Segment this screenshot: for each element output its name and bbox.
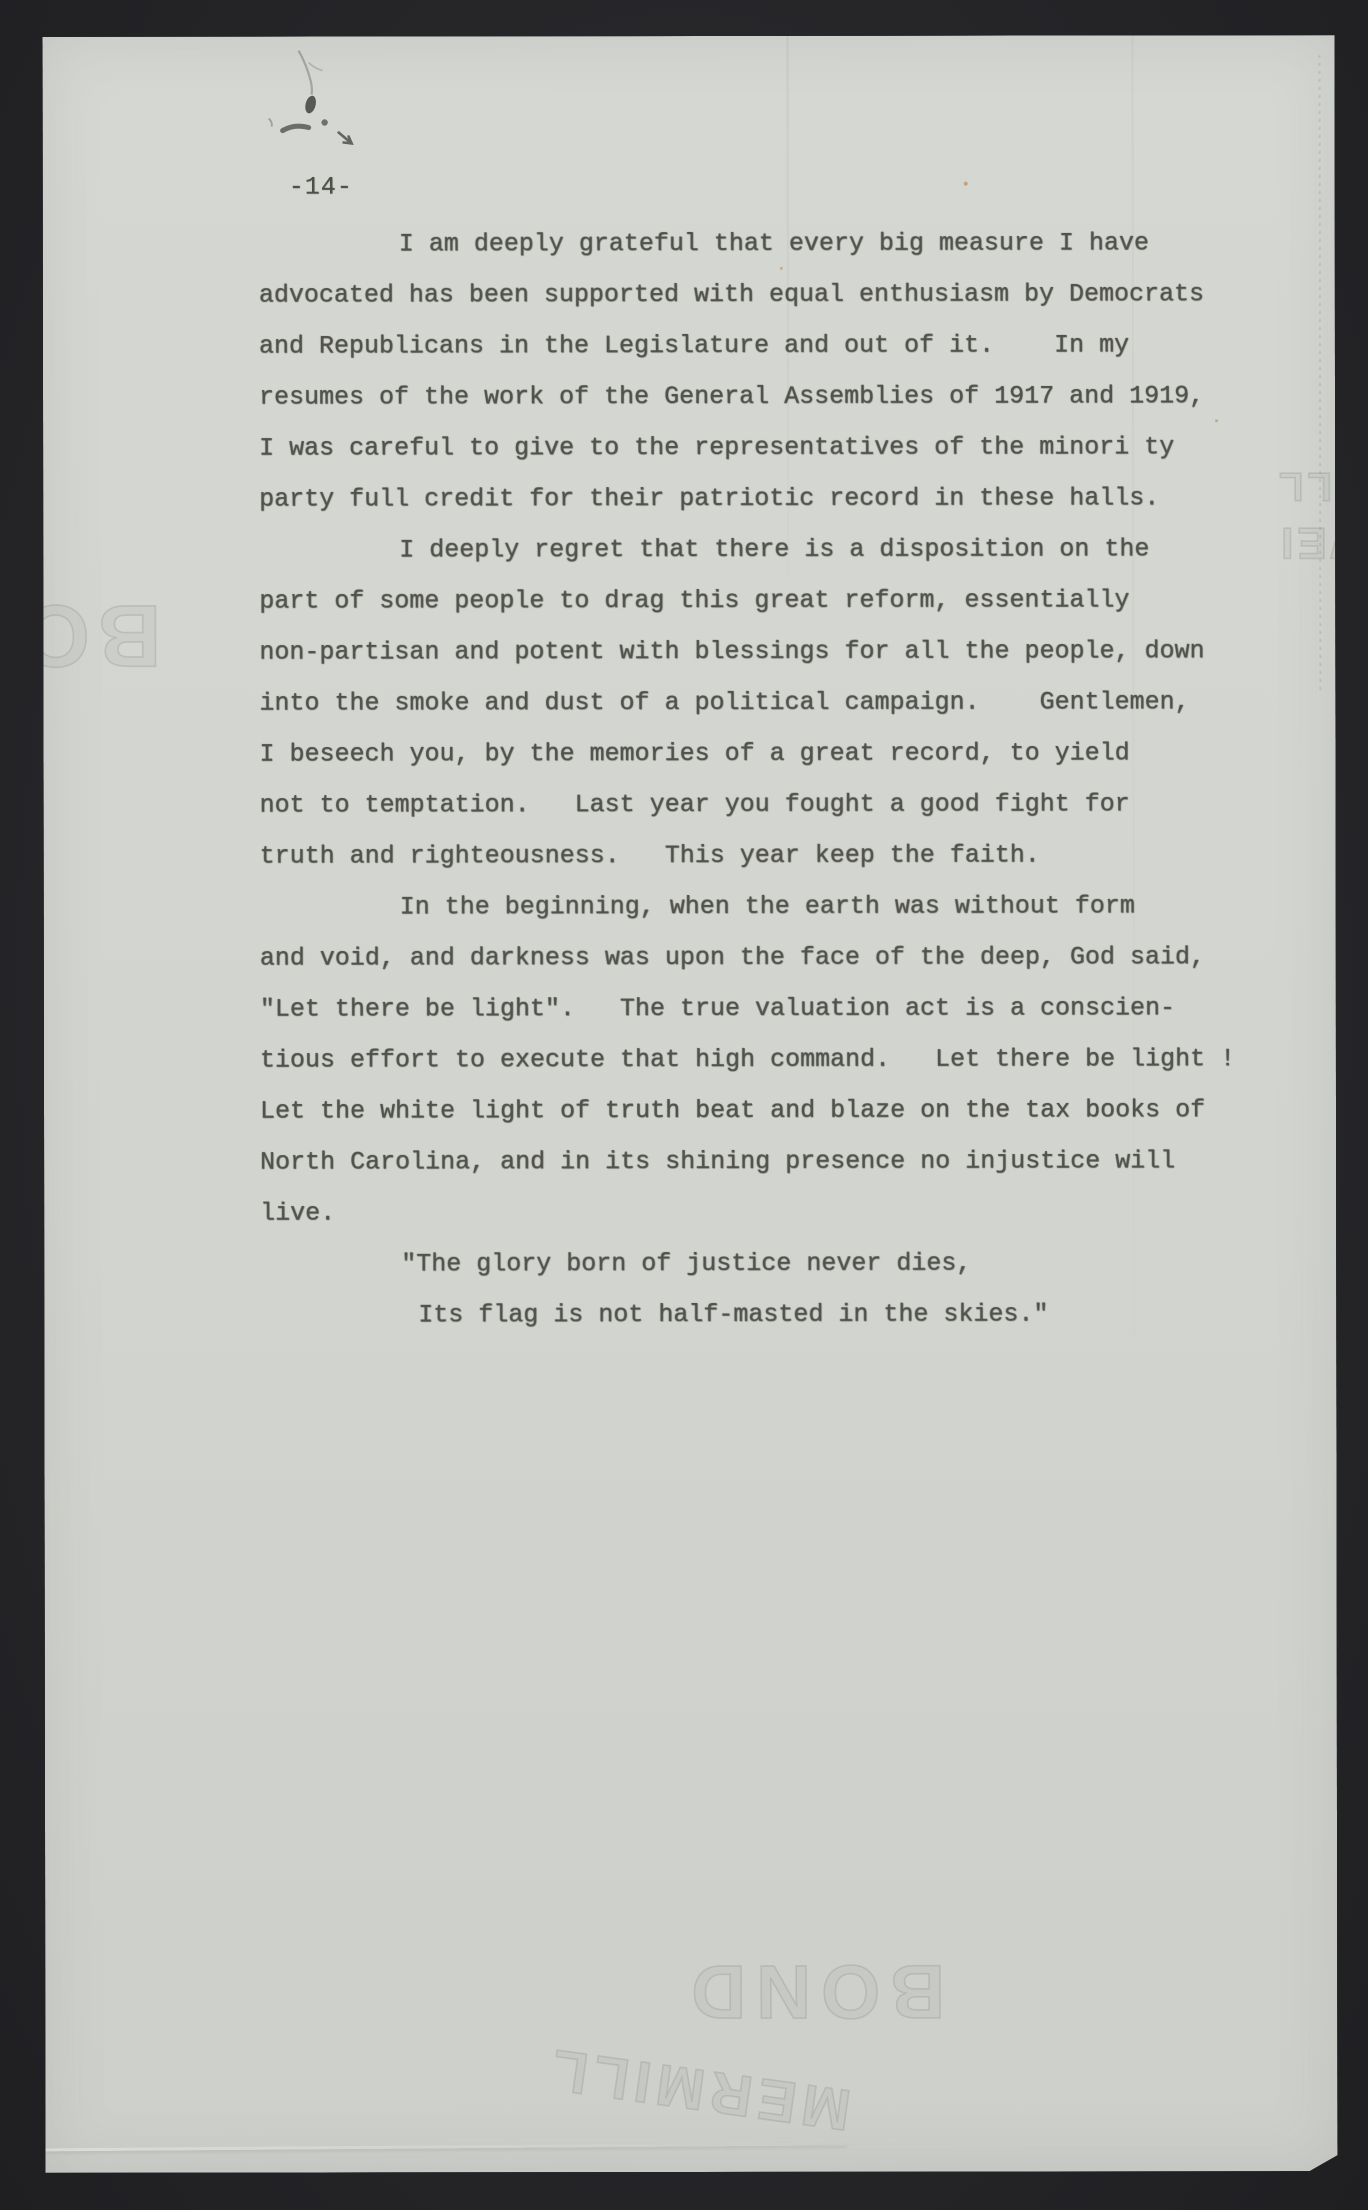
typed-line: live. <box>260 1186 1320 1238</box>
typed-line: I am deeply grateful that every big meas… <box>259 217 1319 269</box>
watermark-mermill: MERMILL <box>542 2035 854 2144</box>
typed-line: party full credit for their patriotic re… <box>259 472 1319 524</box>
typed-line: In the beginning, when the earth was wit… <box>260 880 1320 932</box>
typed-line: "The glory born of justice never dies, <box>260 1237 1320 1289</box>
paper-bottom-fold <box>45 2142 846 2151</box>
typed-line: tious effort to execute that high comman… <box>260 1033 1320 1085</box>
typed-text-block: I am deeply grateful that every big meas… <box>259 217 1321 1340</box>
typed-line: North Carolina, and in its shining prese… <box>260 1135 1320 1187</box>
typed-line: and void, and darkness was upon the face… <box>260 931 1320 983</box>
typed-line: Let the white light of truth beat and bl… <box>260 1084 1320 1136</box>
typed-line: I beseech you, by the memories of a grea… <box>259 727 1319 779</box>
typed-line: and Republicans in the Legislature and o… <box>259 319 1319 371</box>
typed-line: I was careful to give to the representat… <box>259 421 1319 473</box>
typed-line: I deeply regret that there is a disposit… <box>259 523 1319 575</box>
paper-edge-seam <box>1319 55 1322 695</box>
typed-line: part of some people to drag this great r… <box>259 574 1319 626</box>
scan-background: -14- I am deeply grateful that every big… <box>0 0 1368 2210</box>
document-page: -14- I am deeply grateful that every big… <box>43 35 1338 2173</box>
typed-line: "Let there be light". The true valuation… <box>260 982 1320 1034</box>
watermark-left-fragment: BO <box>43 585 162 687</box>
typed-line: resumes of the work of the General Assem… <box>259 370 1319 422</box>
typed-line: into the smoke and dust of a political c… <box>259 676 1319 728</box>
typed-line: not to temptation. Last year you fought … <box>260 778 1320 830</box>
page-number: -14- <box>289 172 353 201</box>
typed-line: truth and righteousness. This year keep … <box>260 829 1320 881</box>
typed-line: non-partisan and potent with blessings f… <box>259 625 1319 677</box>
typed-line: Its flag is not half-masted in the skies… <box>260 1288 1320 1340</box>
watermark-bond: BOND <box>681 1948 945 2035</box>
speck <box>964 182 968 186</box>
typed-line: advocated has been supported with equal … <box>259 268 1319 320</box>
ink-smudge <box>239 42 379 162</box>
